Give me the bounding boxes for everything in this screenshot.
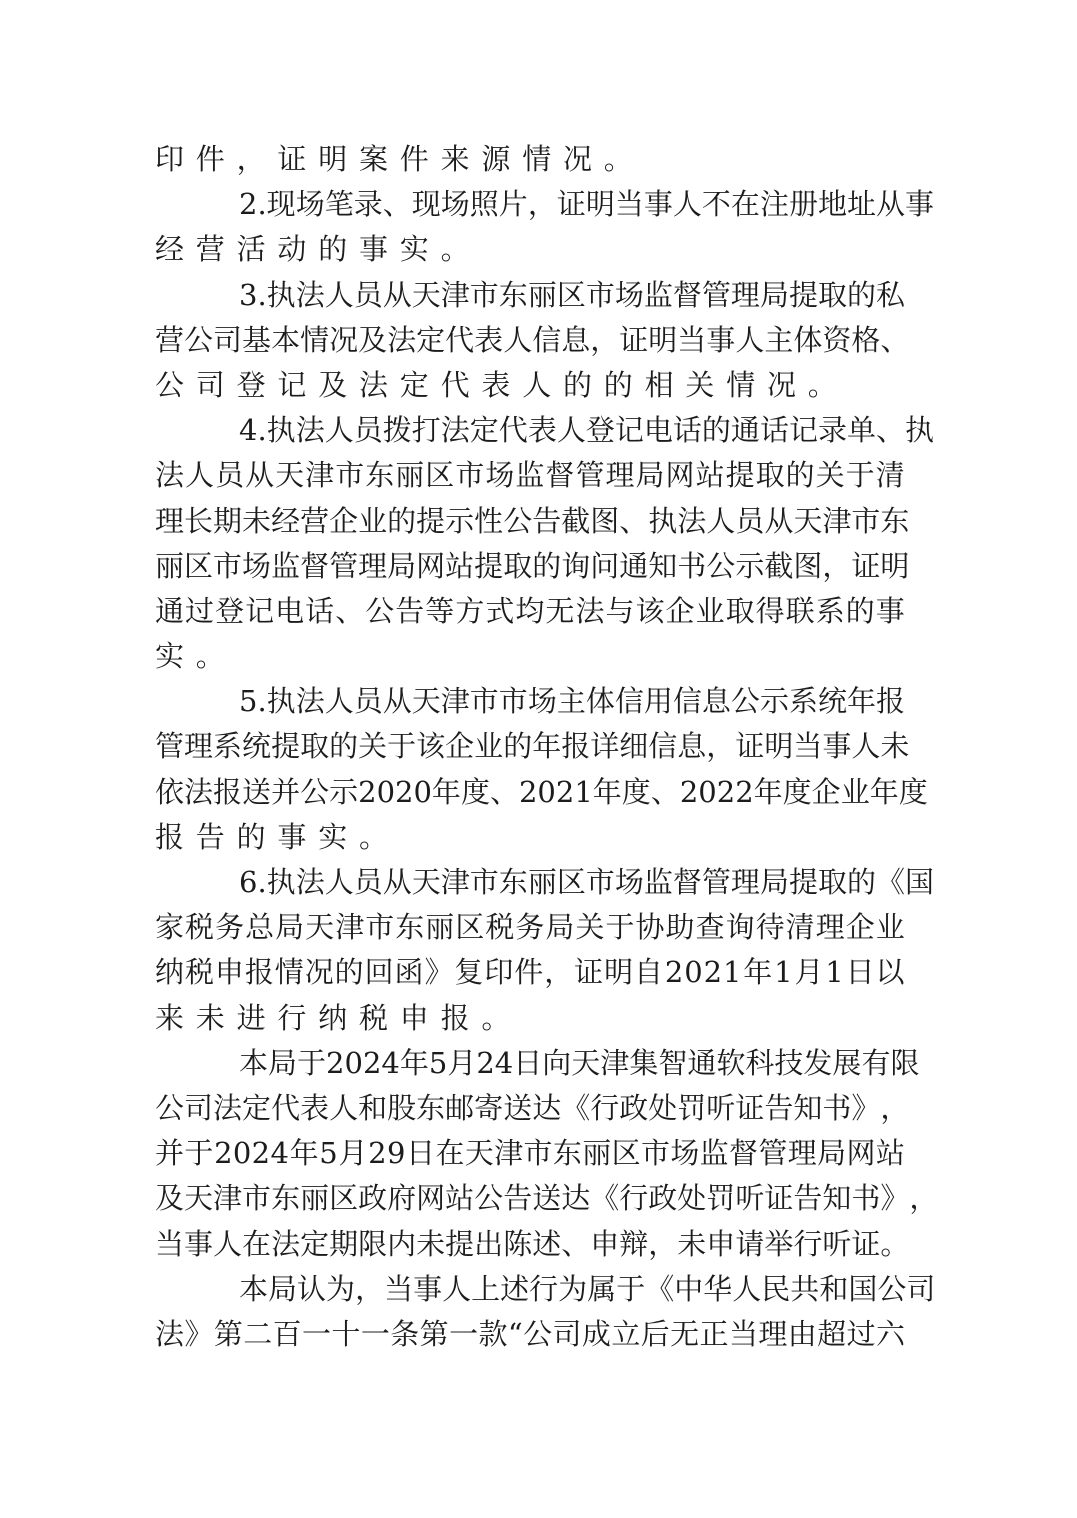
- service-paragraph-line: 本局于 2024 年 5 月 24 日向天津集智通软科技发展有限: [155, 1041, 905, 1086]
- evidence-6-line: 纳税申报情况的回函》复印件，证明自 2021 年 1 月 1 日以: [155, 950, 905, 995]
- evidence-4-line: 丽区市场监督管理局网站提取的询问通知书公示截图，证明: [155, 544, 905, 589]
- evidence-6-line: 来未进行纳税申报。: [155, 996, 905, 1041]
- evidence-4-line: 实。: [155, 634, 905, 679]
- evidence-3-line: 3.执法人员从天津市东丽区市场监督管理局提取的私: [155, 273, 905, 318]
- document-body: 印件，证明案件来源情况。 2.现场笔录、现场照片，证明当事人不在注册地址从事 经…: [155, 137, 905, 1357]
- evidence-5-line: 依法报送并公示 2020 年度、2021 年度、2022 年度企业年度: [155, 770, 905, 815]
- evidence-2-line: 经营活动的事实。: [155, 227, 905, 272]
- service-paragraph-line: 当事人在法定期限内未提出陈述、申辩，未申请举行听证。: [155, 1222, 905, 1267]
- paragraph-line: 印件，证明案件来源情况。: [155, 137, 905, 182]
- evidence-5-line: 管理系统提取的关于该企业的年报详细信息，证明当事人未: [155, 724, 905, 769]
- evidence-4-line: 理长期未经营企业的提示性公告截图、执法人员从天津市东: [155, 499, 905, 544]
- evidence-5-line: 5.执法人员从天津市市场主体信用信息公示系统年报: [155, 679, 905, 724]
- evidence-5-line: 报告的事实。: [155, 815, 905, 860]
- finding-paragraph-line: 法》第二百一十一条第一款“公司成立后无正当理由超过六: [155, 1312, 905, 1357]
- document-page: 印件，证明案件来源情况。 2.现场笔录、现场照片，证明当事人不在注册地址从事 经…: [0, 0, 1077, 1518]
- evidence-4-line: 通过登记电话、公告等方式均无法与该企业取得联系的事: [155, 589, 905, 634]
- evidence-3-line: 公司登记及法定代表人的的相关情况。: [155, 363, 905, 408]
- service-paragraph-line: 及天津市东丽区政府网站公告送达《行政处罚听证告知书》，: [155, 1176, 905, 1221]
- service-paragraph-line: 公司法定代表人和股东邮寄送达《行政处罚听证告知书》，: [155, 1086, 905, 1131]
- evidence-2-line: 2.现场笔录、现场照片，证明当事人不在注册地址从事: [155, 182, 905, 227]
- evidence-6-line: 6.执法人员从天津市东丽区市场监督管理局提取的《国: [155, 860, 905, 905]
- evidence-4-line: 4.执法人员拨打法定代表人登记电话的通话记录单、执: [155, 408, 905, 453]
- evidence-3-line: 营公司基本情况及法定代表人信息，证明当事人主体资格、: [155, 318, 905, 363]
- finding-paragraph-line: 本局认为，当事人上述行为属于《中华人民共和国公司: [155, 1267, 905, 1312]
- evidence-4-line: 法人员从天津市东丽区市场监督管理局网站提取的关于清: [155, 453, 905, 498]
- service-paragraph-line: 并于 2024 年 5 月 29 日在天津市东丽区市场监督管理局网站: [155, 1131, 905, 1176]
- evidence-6-line: 家税务总局天津市东丽区税务局关于协助查询待清理企业: [155, 905, 905, 950]
